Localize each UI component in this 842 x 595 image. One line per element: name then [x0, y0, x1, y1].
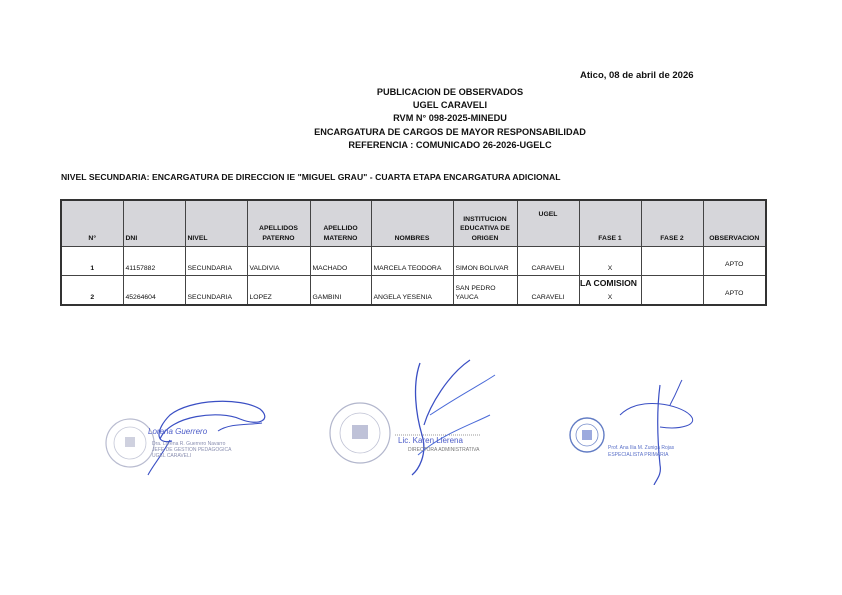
cell-dni: 41157882 [123, 247, 185, 276]
results-table: N° DNI NIVEL APELLIDOS PATERNO APELLIDO … [60, 199, 767, 306]
signature-script: Lorena Guerrero [148, 427, 207, 436]
table-row: 1 41157882 SECUNDARIA VALDIVIA MACHADO M… [61, 247, 766, 276]
col-header-institucion: INSTITUCION EDUCATIVA DE ORIGEN [453, 200, 517, 247]
title-line-4: ENCARGATURA DE CARGOS DE MAYOR RESPONSAB… [200, 126, 700, 139]
cell-apellido-paterno: VALDIVIA [247, 247, 310, 276]
table-header-row: N° DNI NIVEL APELLIDOS PATERNO APELLIDO … [61, 200, 766, 247]
signature-name-1: Dra. Lorena R. Guerrero Navarro JEFE DE … [152, 441, 231, 459]
col-header-ugel: UGEL [517, 200, 579, 247]
signature-block-1: Lorena Guerrero Dra. Lorena R. Guerrero … [100, 375, 300, 485]
title-line-5: REFERENCIA : COMUNICADO 26-2026-UGELC [200, 139, 700, 152]
col-header-nombres: NOMBRES [371, 200, 453, 247]
cell-fase2 [641, 247, 703, 276]
col-header-apellido-paterno: APELLIDOS PATERNO [247, 200, 310, 247]
title-line-2: UGEL CARAVELI [200, 99, 700, 112]
title-line-3: RVM N° 098-2025-MINEDU [200, 112, 700, 125]
cell-fase2 [641, 276, 703, 306]
cell-fase1: X [579, 247, 641, 276]
signature-name-3: Prof. Ana Ilia M. Zuniga Rojas ESPECIALI… [608, 445, 674, 459]
cell-n: 1 [61, 247, 123, 276]
table-row: 2 45264604 SECUNDARIA LOPEZ GAMBINI ANGE… [61, 276, 766, 306]
cell-nivel: SECUNDARIA [185, 247, 247, 276]
signature-role-2: DIRECTORA ADMINISTRATIVA [408, 447, 479, 453]
col-header-fase2: FASE 2 [641, 200, 703, 247]
cell-dni: 45264604 [123, 276, 185, 306]
signature-block-3: Prof. Ana Ilia M. Zuniga Rojas ESPECIALI… [560, 375, 720, 485]
cell-institucion: SAN PEDRO YAUCA [453, 276, 517, 306]
cell-nombres: ANGELA YESENIA [371, 276, 453, 306]
cell-nivel: SECUNDARIA [185, 276, 247, 306]
document-titles: PUBLICACION DE OBSERVADOS UGEL CARAVELI … [200, 86, 700, 152]
cell-institucion: SIMON BOLIVAR [453, 247, 517, 276]
section-title: NIVEL SECUNDARIA: ENCARGATURA DE DIRECCI… [61, 172, 561, 182]
col-header-observacion: OBSERVACION [703, 200, 766, 247]
col-header-n: N° [61, 200, 123, 247]
cell-ugel: CARAVELI [517, 247, 579, 276]
cell-n: 2 [61, 276, 123, 306]
signature-block-2: Lic. Karen Llerena DIRECTORA ADMINISTRAT… [320, 355, 510, 485]
col-header-apellido-materno: APELLIDO MATERNO [310, 200, 371, 247]
cell-nombres: MARCELA TEODORA [371, 247, 453, 276]
cell-observacion: APTO [703, 276, 766, 306]
cell-apellido-materno: MACHADO [310, 247, 371, 276]
cell-observacion: APTO [703, 247, 766, 276]
cell-apellido-paterno: LOPEZ [247, 276, 310, 306]
seal-stamp-icon [320, 355, 510, 485]
col-header-fase1: FASE 1 [579, 200, 641, 247]
col-header-nivel: NIVEL [185, 200, 247, 247]
seal-stamp-icon [560, 375, 720, 485]
signature-name-2: Lic. Karen Llerena [398, 436, 463, 445]
title-line-1: PUBLICACION DE OBSERVADOS [200, 86, 700, 99]
col-header-dni: DNI [123, 200, 185, 247]
document-date: Atico, 08 de abril de 2026 [580, 70, 694, 81]
cell-ugel: CARAVELI [517, 276, 579, 306]
cell-apellido-materno: GAMBINI [310, 276, 371, 306]
comision-label: LA COMISION [580, 278, 637, 288]
